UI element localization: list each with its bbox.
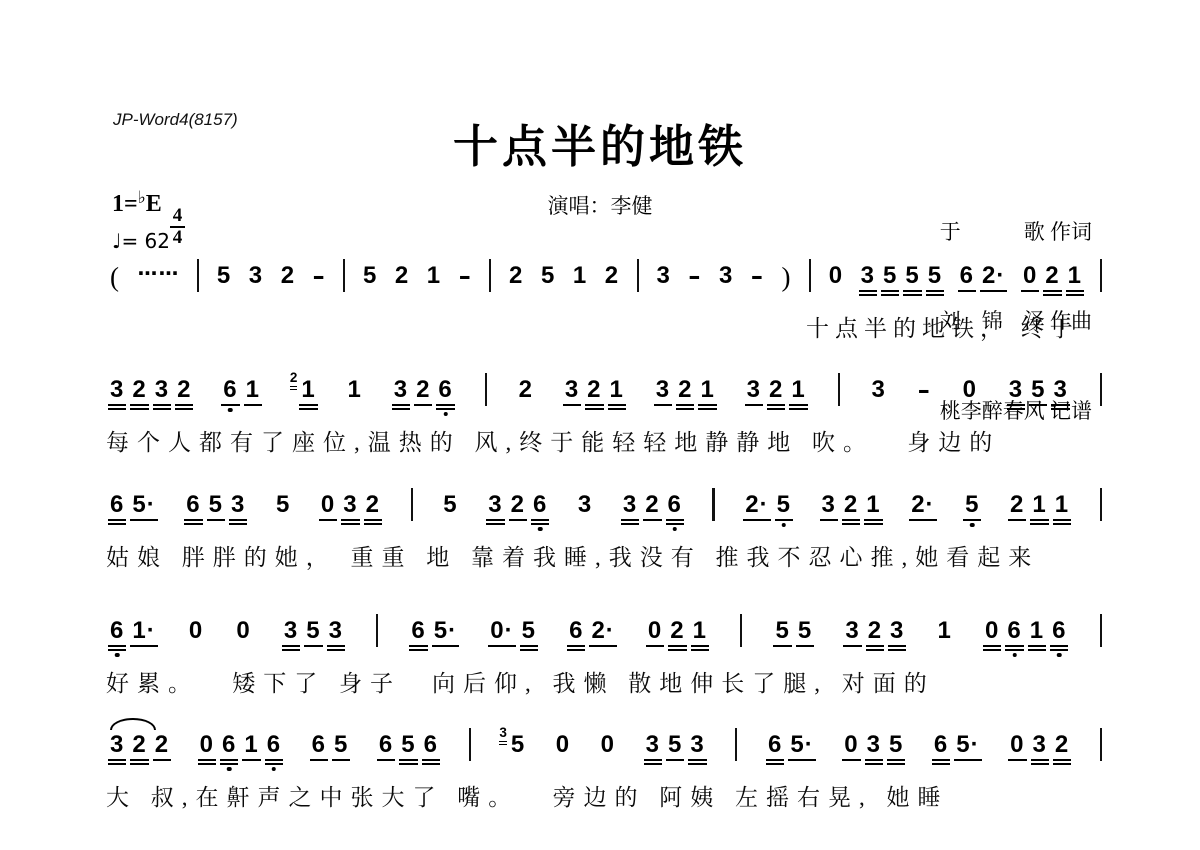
note: 6: [435, 376, 455, 402]
note-group: 5: [213, 262, 235, 288]
note: 3: [107, 376, 127, 402]
note: 5: [538, 262, 558, 288]
note: 3: [620, 491, 640, 517]
barline: [411, 488, 413, 521]
note: 2: [516, 376, 536, 402]
note-digit: 3: [249, 262, 263, 289]
note-group: 3232: [106, 376, 195, 402]
note: 5: [665, 731, 685, 757]
note-digit: 3: [890, 617, 904, 644]
note-group: 62·: [956, 262, 1010, 288]
note-group: –: [309, 262, 330, 288]
note-digit: 3: [690, 731, 704, 758]
barline: [376, 614, 378, 647]
note: 3: [716, 262, 736, 288]
note: 5: [772, 617, 792, 643]
note: 2: [392, 262, 412, 288]
score-line: 32326121132623213213213–0353每个人都有了座位,温热的…: [106, 376, 1106, 457]
note: 2: [508, 491, 528, 517]
note-group: 353: [642, 731, 709, 757]
note: 0: [598, 731, 618, 757]
note-group: 0: [232, 617, 254, 643]
parenthesis: ): [778, 262, 794, 288]
note: 3: [869, 376, 889, 402]
note: 3: [152, 376, 172, 402]
note: 0: [1020, 262, 1040, 288]
note-digit: 3: [623, 491, 637, 518]
note-digit: 6: [668, 491, 682, 518]
note-digit: 6: [768, 731, 782, 758]
note-digit: 2·: [745, 491, 768, 518]
note: 2: [642, 491, 662, 517]
barline: [1100, 614, 1102, 647]
low-octave-dot: [272, 767, 277, 772]
note: 3: [246, 262, 266, 288]
low-octave-dot: [115, 653, 120, 658]
note-digit: 2: [132, 731, 146, 758]
note-digit: 3: [872, 376, 886, 403]
note-digit: 5·: [790, 731, 813, 758]
note: 5: [774, 491, 794, 517]
note: 1: [298, 376, 318, 402]
note: 6: [1049, 617, 1069, 643]
note-digit: 5: [905, 262, 919, 289]
duration-dash: –: [310, 262, 329, 288]
key-letter: E: [146, 191, 162, 217]
note-digit: 1: [244, 731, 258, 758]
note-group: 3: [715, 262, 737, 288]
note: 6: [376, 731, 396, 757]
note-digit: 2: [132, 376, 146, 403]
note: 2·: [908, 491, 937, 517]
barline: [712, 488, 714, 521]
note-digit: 3: [565, 376, 579, 403]
note: 5·: [787, 731, 816, 757]
note-digit: 2: [1010, 491, 1024, 518]
note: 2: [602, 262, 622, 288]
note-digit: 6: [222, 731, 236, 758]
barline: [637, 259, 639, 292]
note-group: 3555: [857, 262, 946, 288]
note-group: 0: [552, 731, 574, 757]
note-digit: 3: [110, 376, 124, 403]
note-group: –: [684, 262, 705, 288]
note: 5: [273, 491, 293, 517]
note: 0: [186, 617, 206, 643]
barline: [1100, 728, 1102, 761]
note-group: 65·: [106, 491, 160, 517]
note: 5: [303, 617, 323, 643]
note: 3: [107, 731, 127, 757]
note-digit: –: [313, 262, 326, 290]
note: 2·: [588, 617, 617, 643]
note-digit: 5·: [434, 617, 457, 644]
low-octave-dot: [970, 523, 975, 528]
key-prefix: 1=: [112, 191, 138, 217]
note: 1: [1027, 617, 1047, 643]
note-digit: 2: [769, 376, 783, 403]
note: 2: [413, 376, 433, 402]
note: 5: [398, 731, 418, 757]
note-digit: 0: [189, 617, 203, 644]
note: 0: [318, 491, 338, 517]
note: 1: [607, 376, 627, 402]
note: 0: [197, 731, 217, 757]
note: 3: [653, 262, 673, 288]
note-digit: 3: [656, 376, 670, 403]
note-group: 0616: [981, 617, 1070, 643]
note-group: 653: [182, 491, 249, 517]
note-digit: 2: [509, 262, 523, 289]
note-digit: 1: [1068, 262, 1082, 289]
note-digit: 6: [1052, 617, 1066, 644]
note: 3: [887, 617, 907, 643]
note-digit: 5: [883, 262, 897, 289]
barline: [735, 728, 737, 761]
note: 1: [863, 491, 883, 517]
note-group: 35: [497, 731, 529, 757]
note-group: ): [777, 262, 795, 288]
note: 5·: [431, 617, 460, 643]
note-digit: 3: [394, 376, 408, 403]
note: 1: [243, 376, 263, 402]
note-digit: 1: [301, 376, 315, 403]
barline: [1100, 259, 1102, 292]
note-group: 323: [841, 617, 908, 643]
note-group: –: [747, 262, 768, 288]
parenthesis: (: [107, 262, 123, 288]
note-digit: 3: [1033, 731, 1047, 758]
note-group: 1: [344, 376, 366, 402]
note-digit: 3: [343, 491, 357, 518]
note: 5·: [953, 731, 982, 757]
note: 6: [309, 731, 329, 757]
note-group: 5: [961, 491, 983, 517]
note: 2: [506, 262, 526, 288]
note: 2: [584, 376, 604, 402]
time-signature: 44: [170, 206, 186, 248]
grace-note: 3: [498, 725, 508, 740]
note: 2: [129, 376, 149, 402]
note: 5: [206, 491, 226, 517]
note: 6: [219, 731, 239, 757]
note-digit: 1: [866, 491, 880, 518]
note-group: 1: [569, 262, 591, 288]
note: 3: [687, 731, 707, 757]
note-digit: –: [688, 262, 701, 290]
note-digit: 2·: [911, 491, 934, 518]
tempo-value: = 62: [121, 229, 170, 253]
note-digit: 6: [110, 491, 124, 518]
note: 6: [530, 491, 550, 517]
note-group: 0: [185, 617, 207, 643]
note-group: 035: [840, 731, 907, 757]
note: 1: [241, 731, 261, 757]
note: 3: [391, 376, 411, 402]
note-group: 3: [574, 491, 596, 517]
lyric-line: 十点半的地铁， 终于: [106, 310, 1106, 343]
note: 5: [886, 731, 906, 757]
note: 5: [214, 262, 234, 288]
grace-note: 2: [289, 370, 299, 385]
note-digit: 0: [236, 617, 250, 644]
note: 2: [865, 617, 885, 643]
note: 1: [1052, 491, 1072, 517]
note-digit: 3: [867, 731, 881, 758]
note-digit: 1: [246, 376, 260, 403]
note-digit: 2: [844, 491, 858, 518]
note: 5: [795, 617, 815, 643]
note: 1·: [129, 617, 158, 643]
note-digit: 5: [522, 617, 536, 644]
note-digit: 1: [573, 262, 587, 289]
note: 6: [107, 491, 127, 517]
note: 2: [363, 491, 383, 517]
note: 2: [675, 376, 695, 402]
note-digit: 6: [312, 731, 326, 758]
note-digit: 3: [578, 491, 592, 518]
barline: [197, 259, 199, 292]
note-group: 0616: [196, 731, 285, 757]
duration-dash: –: [685, 262, 704, 288]
note-group: 5: [359, 262, 381, 288]
barline: [809, 259, 811, 292]
note-digit: 2: [645, 491, 659, 518]
note-digit: 5: [401, 731, 415, 758]
note-digit: 1: [700, 376, 714, 403]
note-digit: 5·: [956, 731, 979, 758]
note-digit: 2: [678, 376, 692, 403]
note-digit: –: [459, 262, 472, 290]
note-digit: 0: [200, 731, 214, 758]
note-digit: 3: [861, 262, 875, 289]
note: 5: [360, 262, 380, 288]
barline: [489, 259, 491, 292]
note-digit: 3: [822, 491, 836, 518]
note-digit: 1: [791, 376, 805, 403]
note: 6: [107, 617, 127, 643]
low-octave-dot: [1057, 653, 1062, 658]
note: 6: [931, 731, 951, 757]
note-digit: 2: [587, 376, 601, 403]
barline: [469, 728, 471, 761]
note-digit: –: [751, 262, 764, 290]
note-digit: 1·: [132, 617, 155, 644]
note-digit: 1: [427, 262, 441, 289]
note: 6: [566, 617, 586, 643]
note-group: 1: [934, 617, 956, 643]
note: 1: [935, 617, 955, 643]
note-group: 5: [537, 262, 559, 288]
ellipsis-dots: ⋯⋯: [135, 262, 183, 288]
note-digit: 3: [1053, 376, 1067, 403]
note: 1: [697, 376, 717, 402]
note-digit: 3: [110, 731, 124, 758]
note-digit: 6: [411, 617, 425, 644]
note-group: 0: [959, 376, 981, 402]
note-digit: 2: [290, 370, 298, 385]
note: 5: [519, 617, 539, 643]
barline: [343, 259, 345, 292]
note-digit: 2: [519, 376, 533, 403]
notation-row: 32326121132623213213213–0353: [106, 376, 1106, 408]
note-digit: ⋯⋯: [138, 261, 180, 285]
note: 6: [264, 731, 284, 757]
note-digit: ): [781, 262, 791, 292]
note-digit: 2: [868, 617, 882, 644]
note-digit: 5: [775, 617, 789, 644]
note-digit: 0: [844, 731, 858, 758]
note-digit: 0·: [490, 617, 513, 644]
note-digit: 2: [511, 491, 525, 518]
note: 6: [408, 617, 428, 643]
note: 0: [1007, 731, 1027, 757]
note-digit: 3: [646, 731, 660, 758]
notation-row: 65·6535032532633262·53212·5211: [106, 491, 1106, 523]
note: 3: [228, 491, 248, 517]
lyric-line: 姑娘 胖胖的她， 重重 地 靠着我睡,我没有 推我不忍心推,她看起来: [106, 539, 1106, 572]
note: 6: [220, 376, 240, 402]
note-group: 032: [317, 491, 384, 517]
note-group: 2: [277, 262, 299, 288]
note: 2: [152, 731, 172, 757]
note-digit: 1: [1032, 491, 1046, 518]
note: 0·: [487, 617, 516, 643]
note-group: 321: [818, 491, 885, 517]
lyric-line: 大 叔,在鼾声之中张大了 嘴。 旁边的 阿姨 左摇右晃, 她睡: [106, 779, 1106, 812]
note-group: 021: [1019, 262, 1086, 288]
note-group: 62·: [565, 617, 619, 643]
note-digit: 1: [348, 376, 362, 403]
barline: [838, 373, 840, 406]
tie-arc: [110, 718, 156, 730]
note-digit: 1: [1055, 491, 1069, 518]
note: 2: [174, 376, 194, 402]
note-group: 61·: [106, 617, 160, 643]
note: 0: [233, 617, 253, 643]
note-group: 2·5: [741, 491, 795, 517]
note: 2: [278, 262, 298, 288]
note-digit: 6: [379, 731, 393, 758]
note-digit: 0: [963, 376, 977, 403]
note-digit: 0: [321, 491, 335, 518]
note-digit: 2: [155, 731, 169, 758]
duration-dash: –: [915, 376, 934, 402]
lyricist-credit: 于 歌 作词: [940, 218, 1092, 248]
note: 3: [842, 617, 862, 643]
note-digit: 5: [798, 617, 812, 644]
note: 1: [345, 376, 365, 402]
note-group: 021: [644, 617, 711, 643]
note-group: 2: [391, 262, 413, 288]
note: 6: [665, 491, 685, 517]
note-digit: (: [110, 262, 120, 292]
note: 2: [766, 376, 786, 402]
note-digit: 3: [231, 491, 245, 518]
note-digit: 5: [777, 491, 791, 518]
note-digit: 5: [965, 491, 979, 518]
note: 6: [957, 262, 977, 288]
note: 0: [645, 617, 665, 643]
note-digit: 6: [438, 376, 452, 403]
note: 3: [858, 262, 878, 288]
note: 2: [1042, 262, 1062, 288]
note: 6: [1004, 617, 1024, 643]
note-digit: 5: [668, 731, 682, 758]
note: 3: [575, 491, 595, 517]
note-digit: 5: [928, 262, 942, 289]
note: 3: [653, 376, 673, 402]
low-octave-dot: [782, 523, 787, 528]
note-digit: 6: [110, 617, 124, 644]
note-digit: 1: [1030, 617, 1044, 644]
note: 5: [925, 262, 945, 288]
note: 5: [1028, 376, 1048, 402]
note-group: 3: [245, 262, 267, 288]
note: 5: [508, 731, 528, 757]
note-digit: 2: [177, 376, 191, 403]
note-group: 353: [280, 617, 347, 643]
note-digit: 3: [719, 262, 733, 289]
note: 2: [1052, 731, 1072, 757]
note-digit: 2: [670, 617, 684, 644]
note: 6: [421, 731, 441, 757]
note: 1: [570, 262, 590, 288]
note-digit: 0: [556, 731, 570, 758]
note-group: 65: [308, 731, 353, 757]
note-digit: 3: [329, 617, 343, 644]
note-group: 0·5: [486, 617, 540, 643]
note-group: 211: [1006, 491, 1073, 517]
note-digit: 5: [276, 491, 290, 518]
note-digit: 1: [610, 376, 624, 403]
note: 3: [1006, 376, 1026, 402]
note-digit: 5: [334, 731, 348, 758]
note-digit: 6: [934, 731, 948, 758]
low-octave-dot: [228, 408, 233, 413]
duration-dash: –: [748, 262, 767, 288]
note-group: 0: [825, 262, 847, 288]
note: 0: [982, 617, 1002, 643]
note: 5: [440, 491, 460, 517]
lyric-line: 好累。 矮下了 身子 向后仰, 我懒 散地伸长了腿, 对面的: [106, 665, 1106, 698]
note-digit: 2·: [591, 617, 614, 644]
note-digit: 2: [395, 262, 409, 289]
note: 2: [841, 491, 861, 517]
note-digit: 3: [488, 491, 502, 518]
note-group: 65·: [930, 731, 984, 757]
barline: [740, 614, 742, 647]
note-digit: 5: [541, 262, 555, 289]
note: 5: [331, 731, 351, 757]
lyric-line: 每个人都有了座位,温热的 风,终于能轻轻地静静地 吹。 身边的: [106, 424, 1106, 457]
note: 3: [485, 491, 505, 517]
note: 3: [340, 491, 360, 517]
note-group: (: [106, 262, 124, 288]
note-group: 2: [601, 262, 623, 288]
note-digit: 1: [693, 617, 707, 644]
note: 6: [183, 491, 203, 517]
note-group: –: [455, 262, 476, 288]
note-digit: 6: [1007, 617, 1021, 644]
note-group: 5: [272, 491, 294, 517]
note-group: ⋯⋯: [134, 262, 184, 288]
note-digit: 2·: [982, 262, 1005, 289]
note: 2·: [742, 491, 771, 517]
note-group: 21: [288, 376, 320, 402]
sheet-music-page: JP-Word4(8157) 十点半的地铁 演唱：李健 于 歌 作词 刘 锦 泽…: [0, 0, 1200, 850]
note: 1: [1029, 491, 1049, 517]
